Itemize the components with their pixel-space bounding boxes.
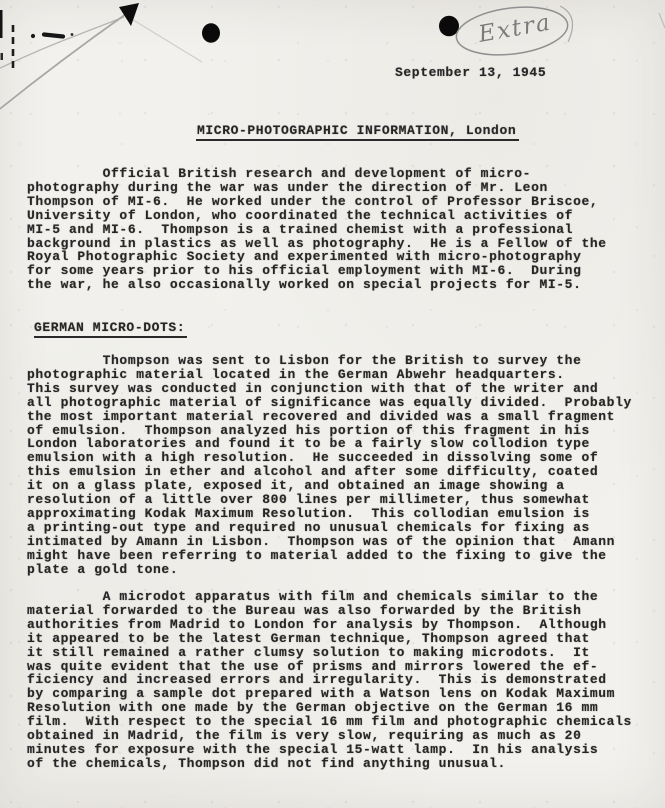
paragraph-lisbon-survey: Thompson was sent to Lisbon for the Brit… (27, 354, 632, 577)
section-heading-german-micro-dots: GERMAN MICRO-DOTS: (34, 321, 187, 338)
handwritten-note-extra: Extra (476, 10, 554, 49)
pencil-line (0, 14, 126, 112)
ink-dot-mark-right (439, 16, 459, 37)
ink-dot-small (71, 33, 74, 36)
ink-dot-small (31, 34, 35, 38)
document-date: September 13, 1945 (395, 66, 546, 80)
ink-dot-mark-left (202, 23, 220, 43)
pencil-circle (454, 1, 571, 60)
pencil-circle-overlap (560, 6, 573, 42)
scanned-document-page: Extra September 13, 1945 MICRO-PHOTOGRAP… (0, 0, 665, 808)
pencil-line (0, 17, 124, 70)
document-title: MICRO-PHOTOGRAPHIC INFORMATION, London (196, 124, 519, 141)
ink-blob-triangle (119, 3, 139, 26)
ink-dash-mark (44, 35, 63, 37)
pencil-line (130, 18, 202, 62)
paragraph-microdot-apparatus: A microdot apparatus with film and chemi… (27, 590, 632, 771)
edge-mark (1, 53, 4, 60)
edge-mark (0, 10, 3, 38)
paragraph-official-british-research: Official British research and developmen… (27, 167, 607, 292)
edge-scratch (659, 13, 665, 28)
